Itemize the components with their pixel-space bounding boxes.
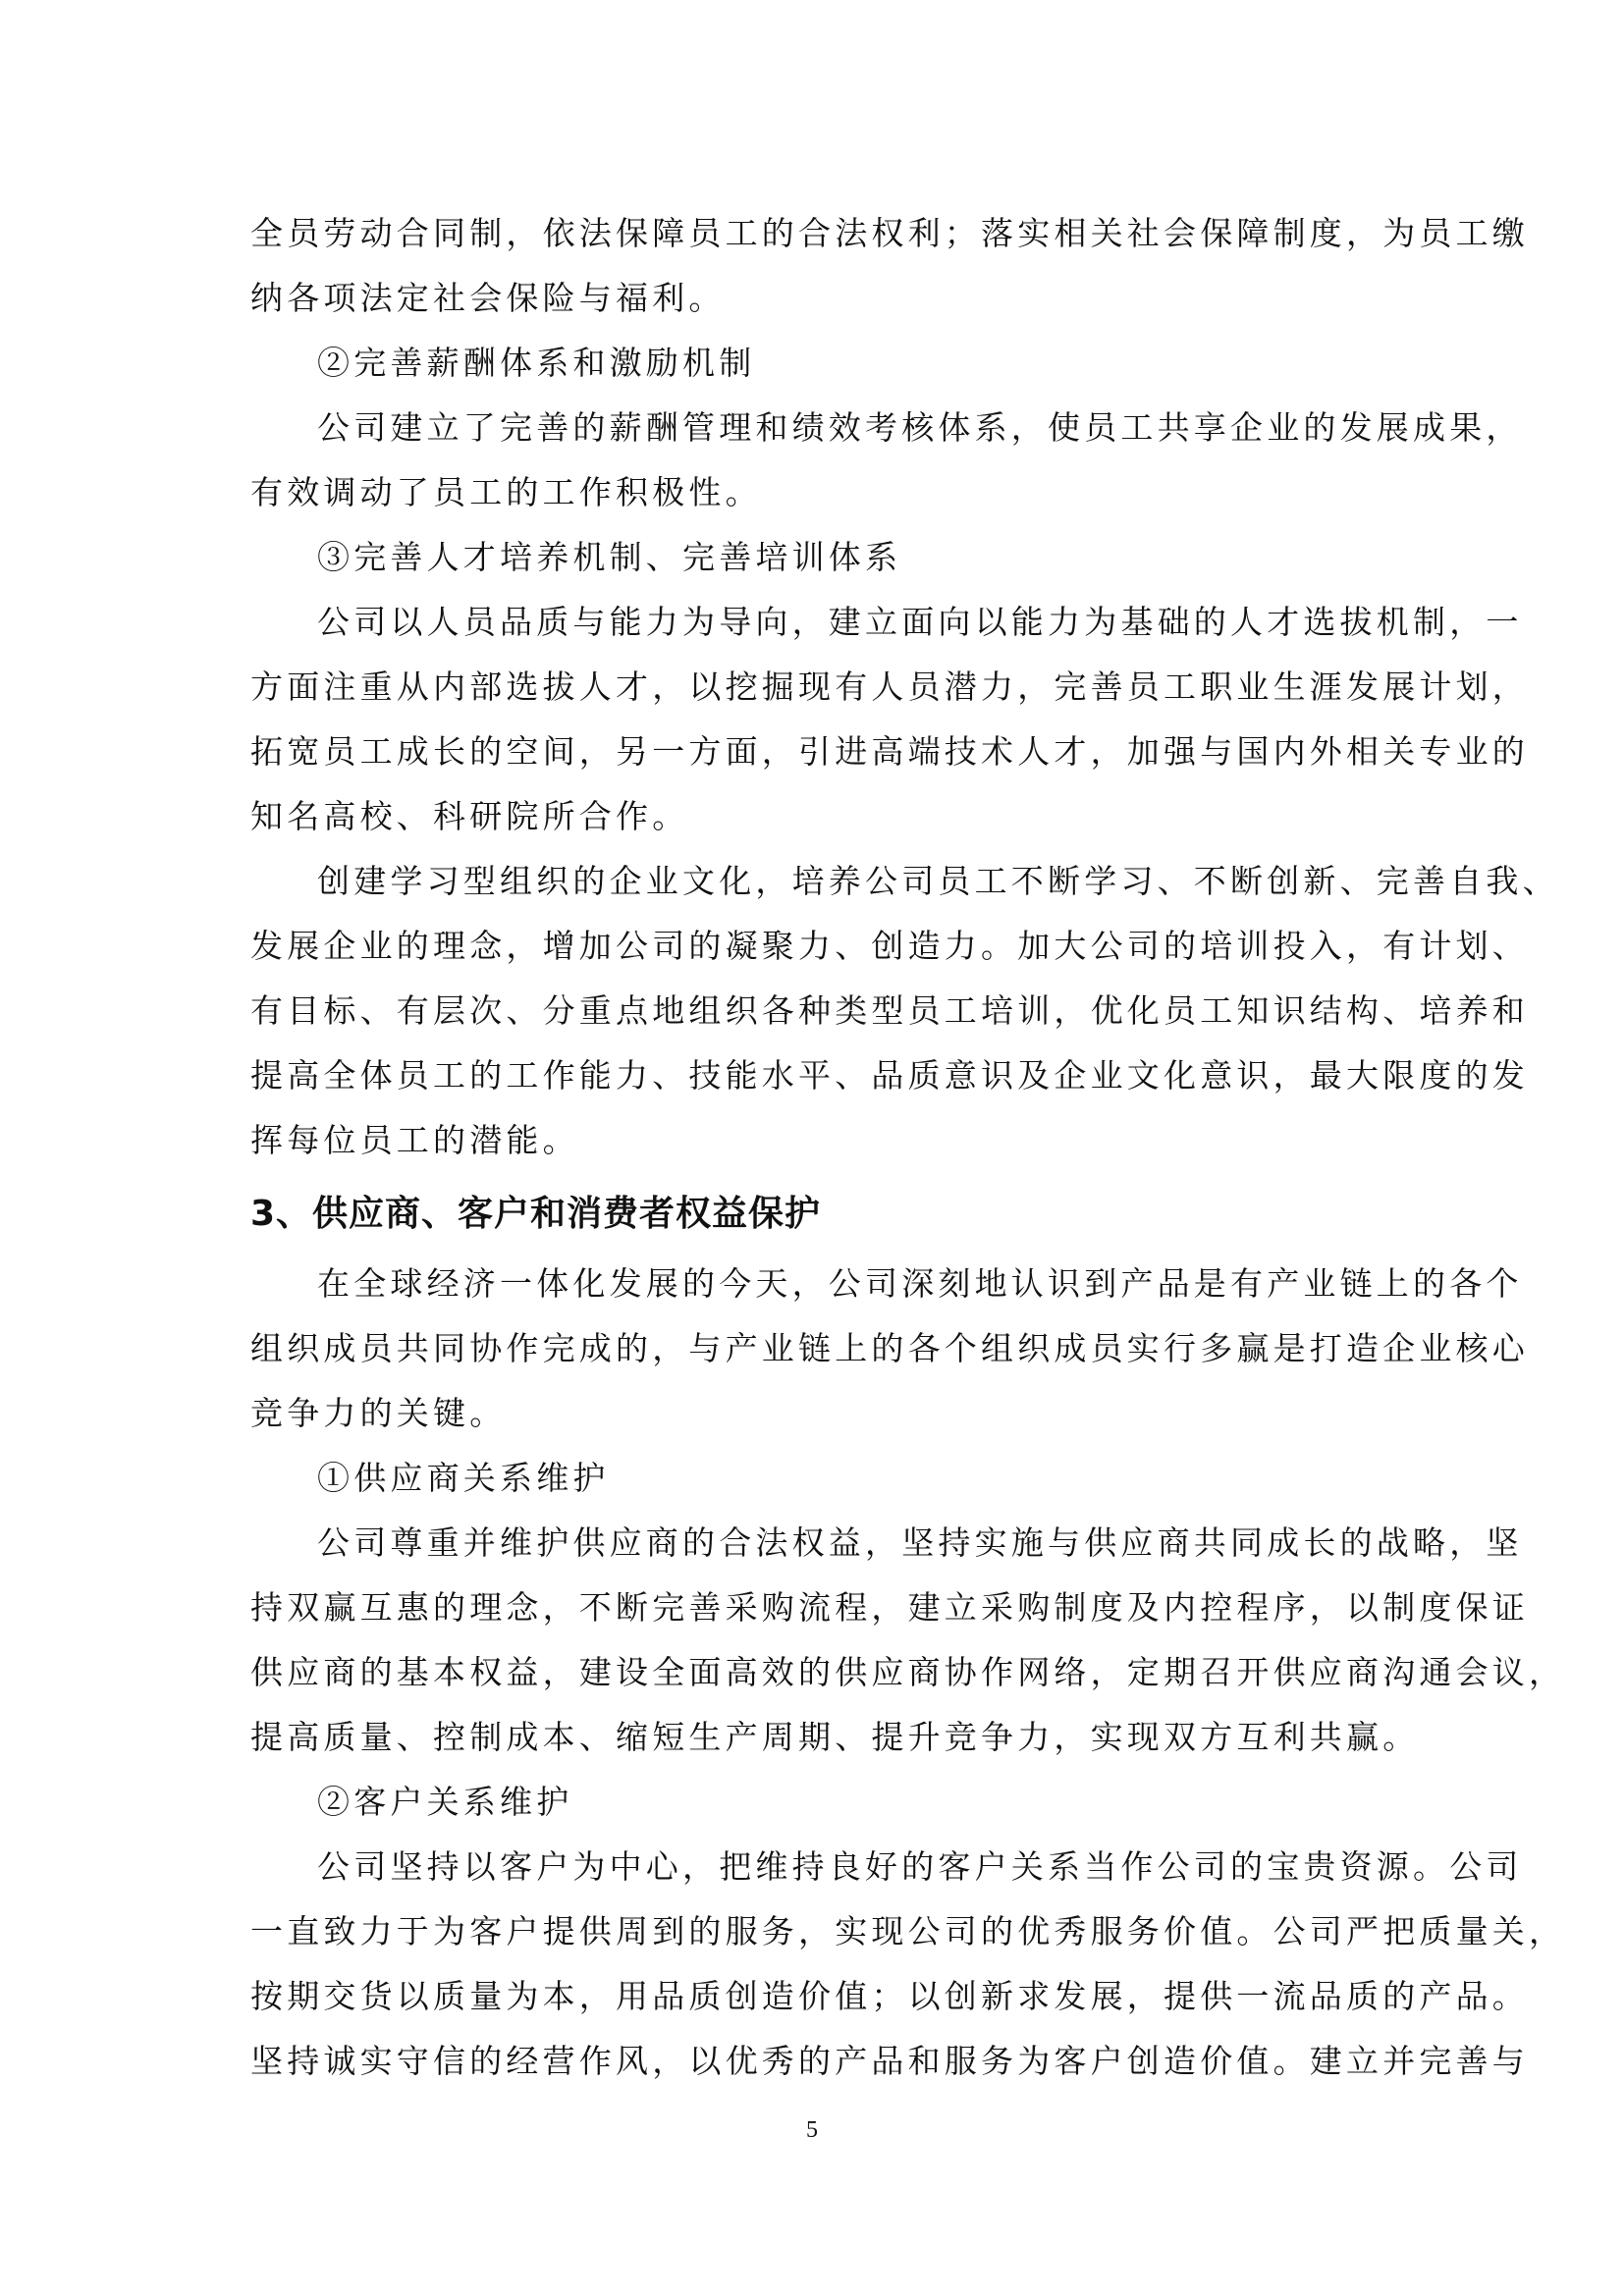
text-line: 公司以人员品质与能力为导向，建立面向以能力为基础的人才选拔机制，一 [250,590,1380,655]
text-line: 方面注重从内部选拔人才，以挖掘现有人员潜力，完善员工职业生涯发展计划， [250,655,1380,720]
document-page: 全员劳动合同制，依法保障员工的合法权利；落实相关社会保障制度，为员工缴 纳各项法… [250,201,1380,2094]
subsection-title: ②客户关系维护 [250,1770,1380,1835]
text-line: 创建学习型组织的企业文化，培养公司员工不断学习、不断创新、完善自我、 [250,849,1380,914]
text-line: 公司坚持以客户为中心，把维持良好的客户关系当作公司的宝贵资源。公司 [250,1835,1380,1899]
section-heading: 3、供应商、客户和消费者权益保护 [250,1179,1380,1250]
text-line: 拓宽员工成长的空间，另一方面，引进高端技术人才，加强与国内外相关专业的 [250,720,1380,784]
subsection-title: ②完善薪酬体系和激励机制 [250,331,1380,396]
text-line: 提高质量、控制成本、缩短生产周期、提升竞争力，实现双方互利共赢。 [250,1705,1380,1770]
subsection-title: ③完善人才培养机制、完善培训体系 [250,525,1380,590]
text-line: 纳各项法定社会保险与福利。 [250,266,1380,331]
text-line: 发展企业的理念，增加公司的凝聚力、创造力。加大公司的培训投入，有计划、 [250,914,1380,979]
text-line: 公司尊重并维护供应商的合法权益，坚持实施与供应商共同成长的战略，坚 [250,1511,1380,1575]
text-line: 提高全体员工的工作能力、技能水平、品质意识及企业文化意识，最大限度的发 [250,1043,1380,1108]
text-line: 按期交货以质量为本，用品质创造价值；以创新求发展，提供一流品质的产品。 [250,1964,1380,2029]
text-line: 在全球经济一体化发展的今天，公司深刻地认识到产品是有产业链上的各个 [250,1252,1380,1316]
page-number: 5 [0,2117,1624,2144]
text-line: 供应商的基本权益，建设全面高效的供应商协作网络，定期召开供应商沟通会议， [250,1640,1380,1705]
text-line: 知名高校、科研院所合作。 [250,784,1380,849]
text-line: 持双赢互惠的理念，不断完善采购流程，建立采购制度及内控程序，以制度保证 [250,1575,1380,1640]
text-line: 公司建立了完善的薪酬管理和绩效考核体系，使员工共享企业的发展成果， [250,396,1380,460]
text-line: 组织成员共同协作完成的，与产业链上的各个组织成员实行多赢是打造企业核心 [250,1316,1380,1381]
text-line: 全员劳动合同制，依法保障员工的合法权利；落实相关社会保障制度，为员工缴 [250,201,1380,266]
text-line: 坚持诚实守信的经营作风，以优秀的产品和服务为客户创造价值。建立并完善与 [250,2029,1380,2094]
text-line: 竞争力的关键。 [250,1381,1380,1446]
text-line: 一直致力于为客户提供周到的服务，实现公司的优秀服务价值。公司严把质量关， [250,1899,1380,1964]
text-line: 有目标、有层次、分重点地组织各种类型员工培训，优化员工知识结构、培养和 [250,979,1380,1043]
text-line: 有效调动了员工的工作积极性。 [250,460,1380,525]
subsection-title: ①供应商关系维护 [250,1446,1380,1511]
text-line: 挥每位员工的潜能。 [250,1108,1380,1173]
